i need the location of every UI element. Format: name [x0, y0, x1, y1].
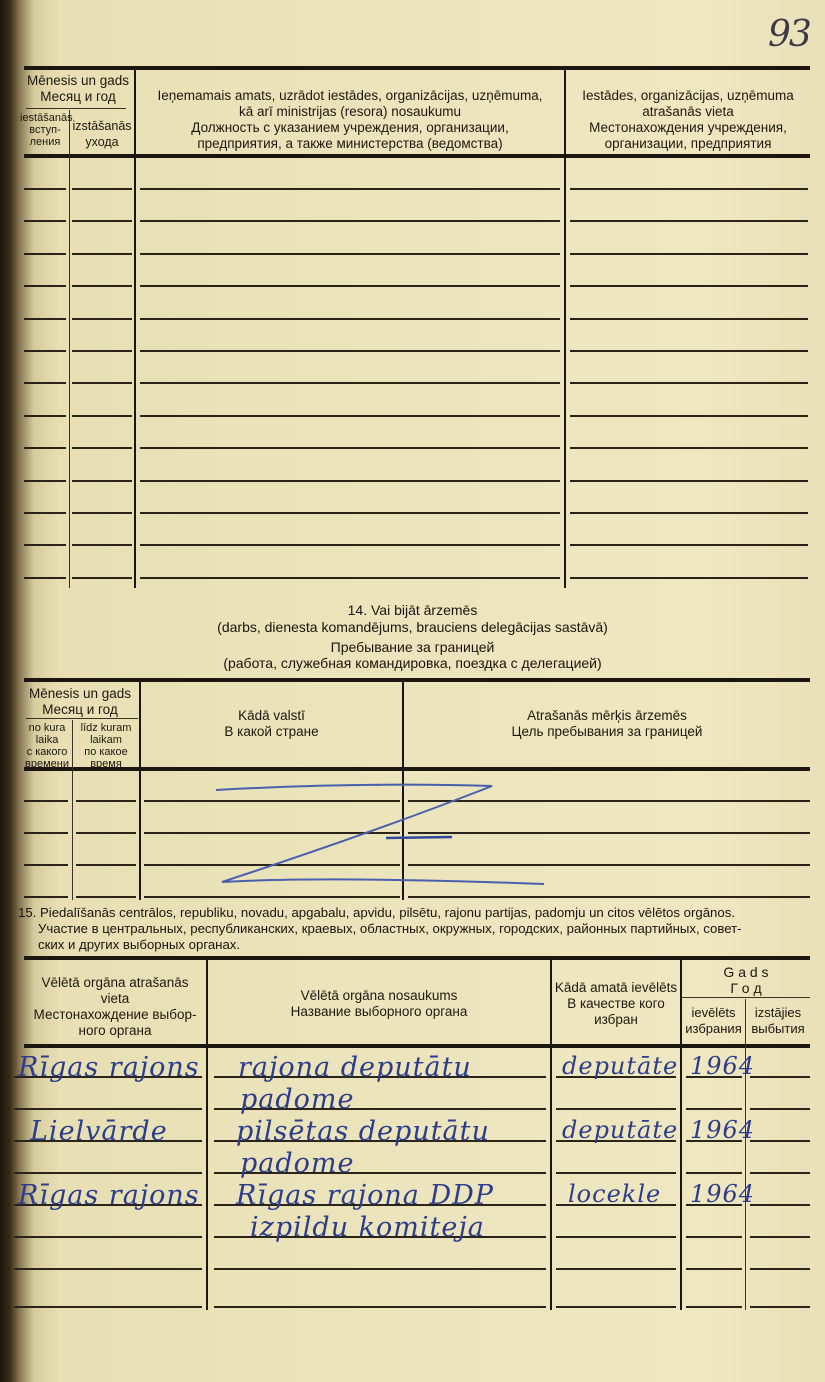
header-to: līdz kuram laikam по какое время — [73, 722, 139, 770]
row-rule — [140, 512, 560, 514]
row-rule — [408, 832, 810, 834]
entry-elected-year: 1964 — [690, 1052, 755, 1080]
row-rule — [24, 350, 66, 352]
header-text: по какое — [73, 746, 139, 758]
header-position: Ieņemamais amats, uzrādot iestādes, orga… — [136, 88, 564, 152]
row-rule — [76, 864, 136, 866]
header-text: Месяц и год — [22, 89, 134, 105]
row-rule — [140, 544, 560, 546]
row-rule — [750, 1076, 810, 1078]
header-text: избрания — [682, 1021, 745, 1037]
row-rule — [144, 864, 400, 866]
header-text: Местонахождение выбор- — [24, 1007, 206, 1023]
row-rule — [140, 318, 560, 320]
header-text: Г о д — [682, 980, 810, 996]
row-rule — [408, 896, 810, 898]
row-rule — [570, 253, 808, 255]
header-subdivider — [26, 108, 126, 109]
row-rule — [24, 447, 66, 449]
header-location: Iestādes, organizācijas, uzņēmuma atraša… — [566, 88, 810, 152]
header-text: избран — [552, 1012, 680, 1028]
row-rule — [686, 1236, 742, 1238]
title-text: Участие в центральных, республиканских, … — [38, 921, 813, 937]
row-rule — [140, 415, 560, 417]
row-rule — [750, 1236, 810, 1238]
header-text: время — [73, 758, 139, 770]
row-rule — [72, 350, 132, 352]
header-entry: iestāšanās вступ- ления — [20, 112, 70, 148]
row-rule — [72, 318, 132, 320]
row-rule — [24, 512, 66, 514]
header-year: G a d s Г о д — [682, 964, 810, 996]
row-rule — [72, 382, 132, 384]
row-rule — [14, 1306, 202, 1308]
row-rule — [24, 832, 68, 834]
row-rule — [140, 220, 560, 222]
row-rule — [214, 1306, 546, 1308]
row-rule — [570, 512, 808, 514]
entry-organ-line2: padome — [240, 1084, 355, 1115]
row-rule — [24, 285, 66, 287]
row-rule — [686, 1108, 742, 1110]
header-text: Месяц и год — [22, 702, 138, 718]
row-rule — [24, 188, 66, 190]
row-rule — [24, 415, 66, 417]
header-text: вступ- — [20, 124, 70, 136]
header-text: Mēnesis un gads — [22, 686, 138, 702]
header-text: ievēlēts — [682, 1005, 745, 1021]
header-text: Vēlētā orgāna atrašanās — [24, 975, 206, 991]
table-top-border — [24, 956, 810, 960]
row-rule — [750, 1108, 810, 1110]
entry-organ-line1: Rīgas rajona DDP — [236, 1180, 494, 1211]
section-14-subtitle-lv: (darbs, dienesta komandējums, brauciens … — [0, 619, 825, 636]
row-rule — [570, 285, 808, 287]
row-rule — [570, 188, 808, 190]
header-text: Atrašanās mērķis ārzemēs — [404, 708, 810, 724]
header-text: Местонахождения учреждения, — [566, 120, 810, 136]
header-text: Должность с указанием учреждения, органи… — [136, 120, 564, 136]
header-subdivider — [26, 718, 138, 719]
header-purpose: Atrašanās mērķis ārzemēs Цель пребывания… — [404, 708, 810, 740]
row-rule — [14, 1172, 202, 1174]
header-text: Vēlētā orgāna nosaukums — [208, 988, 550, 1004]
row-rule — [72, 285, 132, 287]
header-text: Mēnesis un gads — [22, 73, 134, 89]
row-rule — [570, 382, 808, 384]
row-rule — [570, 318, 808, 320]
row-rule — [408, 864, 810, 866]
title-text: ских и других выборных органах. — [38, 937, 813, 953]
row-rule — [570, 415, 808, 417]
header-month-year: Mēnesis un gads Месяц и год — [22, 73, 134, 105]
header-text: организации, предприятия — [566, 136, 810, 152]
row-rule — [140, 382, 560, 384]
row-rule — [72, 447, 132, 449]
header-text: ления — [20, 136, 70, 148]
row-rule — [76, 896, 136, 898]
header-text: предприятия, а также министерства (ведом… — [136, 136, 564, 152]
entry-location: Lielvārde — [30, 1116, 168, 1147]
header-text: laikam — [73, 734, 139, 746]
header-from: no kura laika с какого времени — [22, 722, 72, 770]
row-rule — [24, 896, 68, 898]
header-text: laika — [22, 734, 72, 746]
row-rule — [144, 832, 400, 834]
section-14-title-ru: Пребывание за границей — [0, 639, 825, 656]
header-text: Iestādes, organizācijas, uzņēmuma — [566, 88, 810, 104]
row-rule — [750, 1172, 810, 1174]
header-text: vieta — [24, 991, 206, 1007]
row-rule — [750, 1268, 810, 1270]
row-rule — [556, 1268, 676, 1270]
header-text: Название выборного органа — [208, 1004, 550, 1020]
row-rule — [24, 382, 66, 384]
row-rule — [140, 577, 560, 579]
row-rule — [570, 350, 808, 352]
header-organ-name: Vēlētā orgāna nosaukums Название выборно… — [208, 988, 550, 1020]
row-rule — [24, 480, 66, 482]
table-header-bottom-border — [24, 767, 810, 771]
header-text: времени — [22, 758, 72, 770]
row-rule — [556, 1306, 676, 1308]
entry-organ-line2: izpildu komiteja — [250, 1212, 485, 1243]
row-rule — [72, 220, 132, 222]
col-divider — [69, 110, 70, 588]
header-text: с какого — [22, 746, 72, 758]
row-rule — [750, 1306, 810, 1308]
row-rule — [140, 480, 560, 482]
entry-organ-line1: pilsētas deputātu — [236, 1116, 490, 1147]
header-text: ного органа — [24, 1023, 206, 1039]
entry-elected-year: 1964 — [690, 1116, 755, 1144]
row-rule — [140, 188, 560, 190]
header-country: Kādā valstī В какой стране — [141, 708, 402, 740]
table-top-border — [24, 66, 810, 70]
header-text: В качестве кого — [552, 996, 680, 1012]
header-month-year: Mēnesis un gads Месяц и год — [22, 686, 138, 718]
col-divider — [745, 999, 746, 1310]
header-location: Vēlētā orgāna atrašanās vieta Местонахож… — [24, 975, 206, 1039]
table-top-border — [24, 678, 810, 682]
row-rule — [140, 285, 560, 287]
row-rule — [72, 415, 132, 417]
row-rule — [76, 832, 136, 834]
row-rule — [556, 1108, 676, 1110]
header-text: Kādā valstī — [141, 708, 402, 724]
entry-location: Rīgas rajons — [18, 1180, 200, 1211]
row-rule — [14, 1268, 202, 1270]
row-rule — [686, 1306, 742, 1308]
row-rule — [24, 544, 66, 546]
section-15-title-lv: 15. Piedalīšanās centrālos, republiku, n… — [18, 905, 818, 921]
header-text: kā arī ministrijas (resora) nosaukumu — [136, 104, 564, 120]
header-text: izstāšanās — [70, 118, 134, 134]
row-rule — [72, 512, 132, 514]
header-text: G a d s — [682, 964, 810, 980]
row-rule — [72, 188, 132, 190]
row-rule — [570, 447, 808, 449]
row-rule — [72, 253, 132, 255]
row-rule — [72, 544, 132, 546]
header-text: выбытия — [746, 1021, 810, 1037]
header-text: no kura — [22, 722, 72, 734]
section-14-subtitle-ru: (работа, служебная командировка, поездка… — [0, 655, 825, 672]
header-left: izstājies выбытия — [746, 1005, 810, 1037]
header-text: iestāšanās — [20, 112, 70, 124]
row-rule — [140, 253, 560, 255]
row-rule — [144, 800, 400, 802]
row-rule — [556, 1236, 676, 1238]
row-rule — [24, 864, 68, 866]
row-rule — [750, 1140, 810, 1142]
row-rule — [570, 480, 808, 482]
header-subdivider — [682, 997, 810, 998]
entry-role: locekle — [568, 1180, 661, 1208]
row-rule — [140, 350, 560, 352]
section-15-title-ru: Участие в центральных, республиканских, … — [38, 921, 813, 952]
entry-location: Rīgas rajons — [18, 1052, 200, 1083]
entry-organ-line2: padome — [240, 1148, 355, 1179]
header-text: izstājies — [746, 1005, 810, 1021]
header-text: līdz kuram — [73, 722, 139, 734]
row-rule — [14, 1236, 202, 1238]
header-elected: ievēlēts избрания — [682, 1005, 745, 1037]
row-rule — [140, 447, 560, 449]
row-rule — [686, 1268, 742, 1270]
entry-role: deputāte — [562, 1052, 678, 1080]
row-rule — [72, 577, 132, 579]
row-rule — [570, 220, 808, 222]
row-rule — [76, 800, 136, 802]
row-rule — [686, 1172, 742, 1174]
row-rule — [570, 544, 808, 546]
row-rule — [24, 577, 66, 579]
row-rule — [24, 253, 66, 255]
row-rule — [750, 1204, 810, 1206]
header-text: atrašanās vieta — [566, 104, 810, 120]
header-text: Цель пребывания за границей — [404, 724, 810, 740]
section-14-title-lv: 14. Vai bijāt ārzemēs — [0, 602, 825, 619]
row-rule — [144, 896, 400, 898]
row-rule — [14, 1108, 202, 1110]
header-exit: izstāšanās ухода — [70, 118, 134, 150]
row-rule — [24, 318, 66, 320]
row-rule — [556, 1172, 676, 1174]
row-rule — [408, 800, 810, 802]
row-rule — [24, 800, 68, 802]
table-header-bottom-border — [24, 1044, 810, 1048]
header-text: Ieņemamais amats, uzrādot iestādes, orga… — [136, 88, 564, 104]
row-rule — [24, 220, 66, 222]
table-header-bottom-border — [24, 154, 810, 158]
header-role: Kādā amatā ievēlēts В качестве кого избр… — [552, 980, 680, 1028]
page-number: 93 — [768, 14, 810, 55]
row-rule — [214, 1268, 546, 1270]
entry-elected-year: 1964 — [690, 1180, 755, 1208]
row-rule — [72, 480, 132, 482]
row-rule — [570, 577, 808, 579]
entry-organ-line1: rajona deputātu — [238, 1052, 472, 1083]
header-text: Kādā amatā ievēlēts — [552, 980, 680, 996]
header-text: В какой стране — [141, 724, 402, 740]
entry-role: deputāte — [562, 1116, 678, 1144]
header-text: ухода — [70, 134, 134, 150]
